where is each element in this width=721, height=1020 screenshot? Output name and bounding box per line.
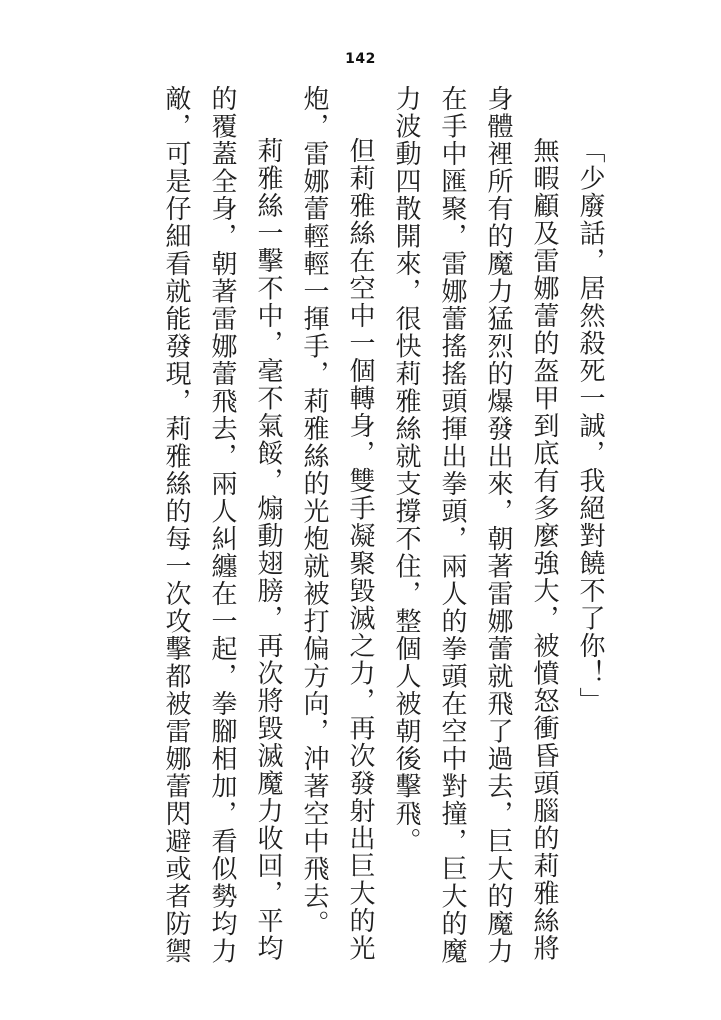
page: 142 「少廢話，居然殺死一誠，我絕對饒不了你！」 無暇顧及雷娜蕾的盔甲到底有多…: [0, 0, 721, 1020]
text-block: 「少廢話，居然殺死一誠，我絕對饒不了你！」 無暇顧及雷娜蕾的盔甲到底有多麼強大，…: [153, 85, 613, 969]
paragraph-dialogue: 「少廢話，居然殺死一誠，我絕對饒不了你！」: [567, 85, 613, 969]
page-number: 142: [0, 51, 721, 67]
book-page-screenshot: { "page": { "number": "142" }, "content"…: [0, 0, 721, 1020]
paragraph-2: 無暇顧及雷娜蕾的盔甲到底有多麼強大，被憤怒衝昏頭腦的莉雅絲將身體裡所有的魔力猛烈…: [383, 85, 567, 969]
paragraph-4: 莉雅絲一擊不中，毫不氣餒，煽動翅膀，再次將毀滅魔力收回，平均的覆蓋全身，朝著雷娜…: [153, 85, 291, 969]
paragraph-3: 但莉雅絲在空中一個轉身，雙手凝聚毀滅之力，再次發射出巨大的光炮，雷娜蕾輕輕一揮手…: [291, 85, 383, 969]
